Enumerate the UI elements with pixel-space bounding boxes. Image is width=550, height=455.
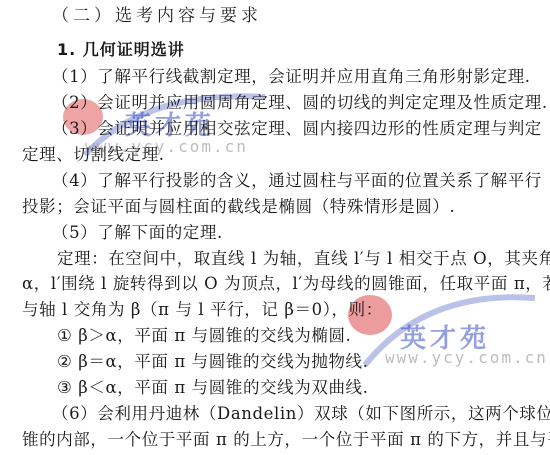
text-line: ① β＞α，平面 π 与圆锥的交线为椭圆. <box>57 326 351 346</box>
text-line: 与轴 l 交角为 β（π 与 l 平行，记 β＝0），则： <box>22 300 383 320</box>
watermark-text: 英才苑 <box>400 318 490 355</box>
subsection-heading: 1. 几何证明选讲 <box>57 40 185 60</box>
watermark-url: www.ycy.com.cn <box>385 348 548 367</box>
text-line: ③ β＜α，平面 π 与圆锥的交线为双曲线. <box>57 378 369 398</box>
text-line: （5）了解下面的定理. <box>52 223 223 243</box>
text-line: （2）会证明并应用圆周角定理、圆的切线的判定定理及性质定理. <box>52 93 548 113</box>
document-page: 英才苑 www.ycy.com.cn 英才苑 www.ycy.com.cn （二… <box>0 0 550 455</box>
text-line: 投影；会证平面与圆柱面的截线是椭圆（特殊情形是圆）. <box>22 197 455 217</box>
text-line: ② β＝α，平面 π 与圆锥的交线为抛物线. <box>57 352 369 372</box>
text-line: 锥的内部，一个位于平面 π 的上方，一个位于平面 π 的下方，并且与平 <box>22 430 550 450</box>
text-line: 定理：在空间中，取直线 l 为轴，直线 l′与 l 相交于点 O，其夹角为 <box>57 249 550 269</box>
text-line: （3）会证明并应用相交弦定理、圆内接四边形的性质定理与判定 <box>52 119 542 139</box>
section-title: （二）选考内容与要求 <box>52 6 262 26</box>
text-line: （6）会利用丹迪林（Dandelin）双球（如下图所示，这两个球位于圆 <box>52 404 550 424</box>
text-line: 定理、切割线定理. <box>22 145 165 165</box>
text-line: （1）了解平行线截割定理，会证明并应用直角三角形射影定理. <box>52 67 531 87</box>
text-line: （4）了解平行投影的含义，通过圆柱与平面的位置关系了解平行 <box>52 171 542 191</box>
text-line: α，l′围绕 l 旋转得到以 O 为顶点，l′为母线的圆锥面，任取平面 π，若它 <box>22 274 550 294</box>
